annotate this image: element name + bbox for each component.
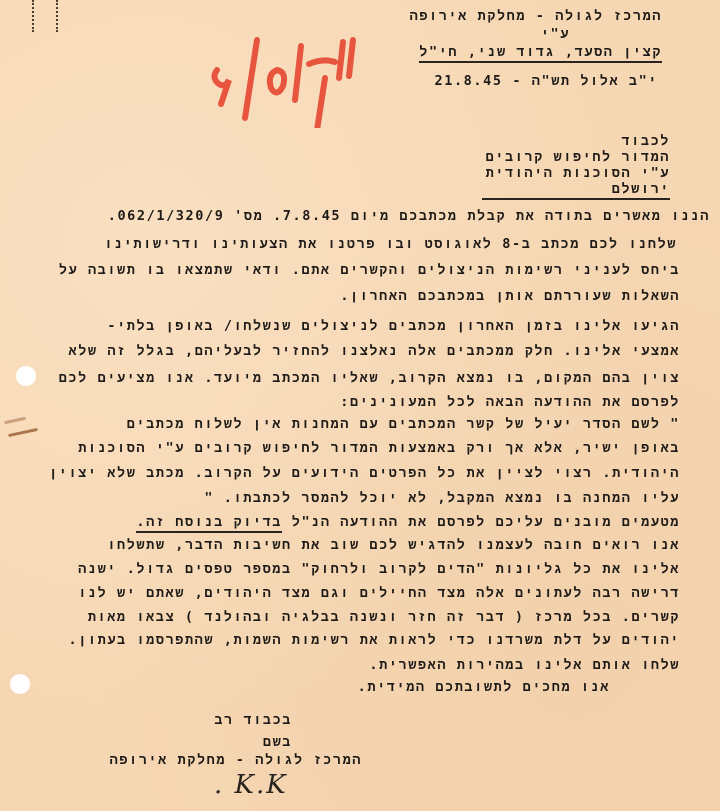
underlined-phrase: בדיוק בנוסח זה. bbox=[136, 514, 282, 533]
body-line-18: יהודים על דלת משרדנו כדי לראות את רשימות… bbox=[69, 632, 681, 648]
body-line-6: אמצעי אלינו. חלק ממכתבים אלה נאלצנו להחז… bbox=[69, 343, 681, 359]
body-line-8: לפרסם את ההודעה הבאה לכל המעונינים: bbox=[340, 394, 680, 410]
body-line-4: השאלות שעוררתם אותן במכתבכם האחרון. bbox=[340, 288, 680, 304]
body-line-13: מטעמים מובנים עליכם לפרסם את ההודעה הנ"ל… bbox=[136, 514, 680, 530]
recipient-line3: ירושלם bbox=[482, 181, 670, 197]
body-line-11: היהודית. רצוי לציין את כל הפרטים הידועים… bbox=[49, 465, 680, 481]
closing-regards: בכבוד רב bbox=[214, 712, 292, 728]
handwritten-signature: . K.K bbox=[214, 770, 288, 800]
body-line-3: ביחס לעניני רשימות הניצולים והקשרים אתם.… bbox=[59, 262, 680, 278]
closing-org: המרכז לגולה - מחלקת אירופה bbox=[110, 752, 362, 768]
body-line-13-text: מטעמים מובנים עליכם לפרסם את ההודעה הנ"ל bbox=[292, 514, 680, 530]
recipient-line2: ע"י הסוכנות היהודית bbox=[486, 165, 670, 181]
punch-hole-top bbox=[16, 366, 36, 386]
closing-on-behalf: בשם bbox=[263, 734, 292, 750]
recipient-city-underlined: ירושלם bbox=[482, 181, 670, 200]
body-line-19: שלחו אותם אלינו במהירות האפשרית. bbox=[369, 657, 680, 673]
body-line-20: אנו מחכים לתשובתכם המידית. bbox=[358, 679, 610, 695]
letter-date: י"ב אלול תש"ה - 21.8.45 bbox=[435, 73, 659, 89]
body-line-17: קשרים. בכל מרכז ( דבר זה חזר ונשנה בבלגי… bbox=[88, 609, 680, 625]
body-line-5: הגיעו אלינו בזמן האחרון מכתבים לניצולים … bbox=[107, 318, 680, 334]
recipient-salutation: לכבוד bbox=[621, 133, 670, 149]
punch-hole-bottom bbox=[10, 674, 30, 694]
body-line-14: אנו רואים חובה לעצמנו להדגיש לכם שוב את … bbox=[107, 537, 680, 553]
body-line-2: שלחנו לכם מכתב ב-8 לאוגוסט ובו פרטנו את … bbox=[104, 236, 677, 252]
body-line-9: " לשם הסדר יעיל של קשר המכתבים עם המחנות… bbox=[127, 416, 680, 432]
body-line-7: צוין בהם המקום, בו נמצא הקרוב, שאליו המכ… bbox=[59, 370, 680, 386]
body-line-1: הננו מאשרים בתודה את קבלת מכתבכם מיום 7.… bbox=[108, 208, 710, 224]
recipient-line1: המדור לחיפוש קרובים bbox=[486, 149, 670, 165]
red-pencil-annotation bbox=[205, 18, 365, 128]
letterhead-sender: קצין הסעד, גדוד שני, חי"ל bbox=[419, 44, 662, 60]
letterhead-org: המרכז לגולה - מחלקת אירופה bbox=[410, 8, 662, 24]
body-line-10: באופן ישיר, אלא אך ורק באמצעות המדור לחי… bbox=[78, 440, 680, 456]
binder-bracket-mark bbox=[32, 0, 58, 32]
body-line-16: דרישה רבה לעתונים אלה מצד החיילים וגם מצ… bbox=[78, 585, 680, 601]
body-line-12: עליו המחנה בו נמצא המקבל, לא יוכל להמסר … bbox=[204, 490, 680, 506]
body-line-15: אלינו את כל גליונות "הדים לקרוב ולרחוק" … bbox=[78, 561, 680, 577]
sender-underlined: קצין הסעד, גדוד שני, חי"ל bbox=[419, 44, 662, 63]
letterhead-via: ע"י bbox=[541, 26, 570, 42]
